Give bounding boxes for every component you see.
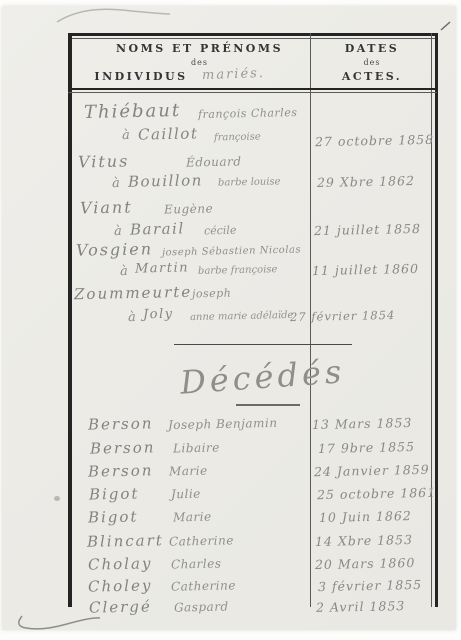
groom-given: joseph Sébastien Nicolas xyxy=(162,245,301,259)
bride-surname: Martin xyxy=(135,260,189,276)
spouse-prefix: à xyxy=(128,310,136,325)
groom-surname: Viant xyxy=(80,197,133,217)
paper-speck xyxy=(54,496,60,501)
deaths-section-title: Décédés xyxy=(179,352,347,401)
act-date: 27 février 1854 xyxy=(290,308,396,324)
death-date: 25 octobre 1861 xyxy=(317,485,436,502)
table-border-top-inner xyxy=(68,38,437,39)
header-dates-title: DATES xyxy=(312,42,432,55)
death-date: 10 Juin 1862 xyxy=(319,508,412,525)
bride-given: barbe louise xyxy=(218,176,281,188)
deceased-surname: Clergé xyxy=(89,597,152,616)
bride-surname: Bouillon xyxy=(128,171,203,191)
pen-mark xyxy=(439,20,453,32)
death-date: 2 Avril 1853 xyxy=(316,598,406,615)
deceased-given: Joseph Benjamin xyxy=(168,416,278,432)
bride-surname: Joly xyxy=(143,307,174,323)
death-date: 3 février 1855 xyxy=(318,577,422,594)
deceased-surname: Berson xyxy=(88,414,154,433)
bride-given: françoise xyxy=(214,132,261,144)
section-rule-under xyxy=(236,404,300,406)
act-date: 27 octobre 1858 xyxy=(315,132,434,149)
groom-given: joseph xyxy=(192,287,232,301)
groom-given: Édouard xyxy=(186,154,242,169)
deceased-surname: Blincart xyxy=(87,531,164,551)
death-date: 20 Mars 1860 xyxy=(315,555,416,572)
table-border-top xyxy=(68,33,437,36)
bride-given: barbe françoise xyxy=(198,264,278,277)
deceased-surname: Berson xyxy=(90,438,156,457)
death-date: 13 Mars 1853 xyxy=(312,415,413,432)
bride-surname: Barail xyxy=(130,219,185,238)
header-handwritten-maries: mariés. xyxy=(202,66,265,83)
header-separator xyxy=(68,88,437,90)
groom-surname: Vitus xyxy=(78,151,130,171)
groom-given: Eugène xyxy=(164,201,213,216)
deceased-given: Gaspard xyxy=(174,599,229,614)
death-date: 17 9bre 1855 xyxy=(318,439,415,456)
act-date: 29 Xbre 1862 xyxy=(317,173,415,190)
spouse-prefix: à xyxy=(122,128,130,143)
header-dates-actes: ACTES. xyxy=(312,70,432,83)
deceased-surname: Bigot xyxy=(88,507,139,526)
table-border-right-inner xyxy=(431,33,432,607)
deceased-given: Marie xyxy=(173,510,212,525)
spouse-prefix: à xyxy=(120,264,128,279)
groom-surname: Zoummeurte xyxy=(74,283,193,303)
deceased-given: Julie xyxy=(171,487,201,502)
paper-curl-top-left xyxy=(52,4,172,26)
deceased-given: Libaire xyxy=(173,441,220,456)
act-date: 11 juillet 1860 xyxy=(312,261,419,278)
groom-given: françois Charles xyxy=(198,106,298,121)
deceased-surname: Bigot xyxy=(89,484,140,503)
spouse-prefix: à xyxy=(112,176,120,191)
header-names-des: des xyxy=(92,58,307,67)
deceased-given: Catherine xyxy=(171,578,236,593)
groom-surname: Vosgien xyxy=(76,239,153,260)
death-date: 24 Janvier 1859 xyxy=(314,462,430,479)
header-names-title: NOMS ET PRÉNOMS xyxy=(92,42,307,55)
death-date: 14 Xbre 1853 xyxy=(315,532,413,549)
header-separator-inner xyxy=(68,92,437,93)
spouse-prefix: à xyxy=(114,224,122,239)
bride-given: anne marie adélaïde xyxy=(190,310,294,323)
bride-given: cécile xyxy=(204,224,237,238)
header-dates-des: des xyxy=(312,58,432,67)
act-date: 21 juillet 1858 xyxy=(314,221,421,238)
deceased-given: Marie xyxy=(169,464,208,479)
deceased-given: Catherine xyxy=(169,533,234,548)
deceased-given: Charles xyxy=(171,556,222,571)
table-border-left xyxy=(68,33,72,607)
deceased-surname: Choley xyxy=(88,576,153,595)
groom-surname: Thiébaut xyxy=(84,100,182,123)
deceased-surname: Berson xyxy=(88,461,154,480)
scanned-page: NOMS ET PRÉNOMS des INDIVIDUS mariés. DA… xyxy=(2,6,456,630)
section-rule-top xyxy=(174,344,352,345)
bride-surname: Caillot xyxy=(138,124,199,143)
header-names-individus: INDIVIDUS xyxy=(76,70,206,83)
deceased-surname: Cholay xyxy=(88,554,153,573)
table-border-right xyxy=(435,33,438,607)
